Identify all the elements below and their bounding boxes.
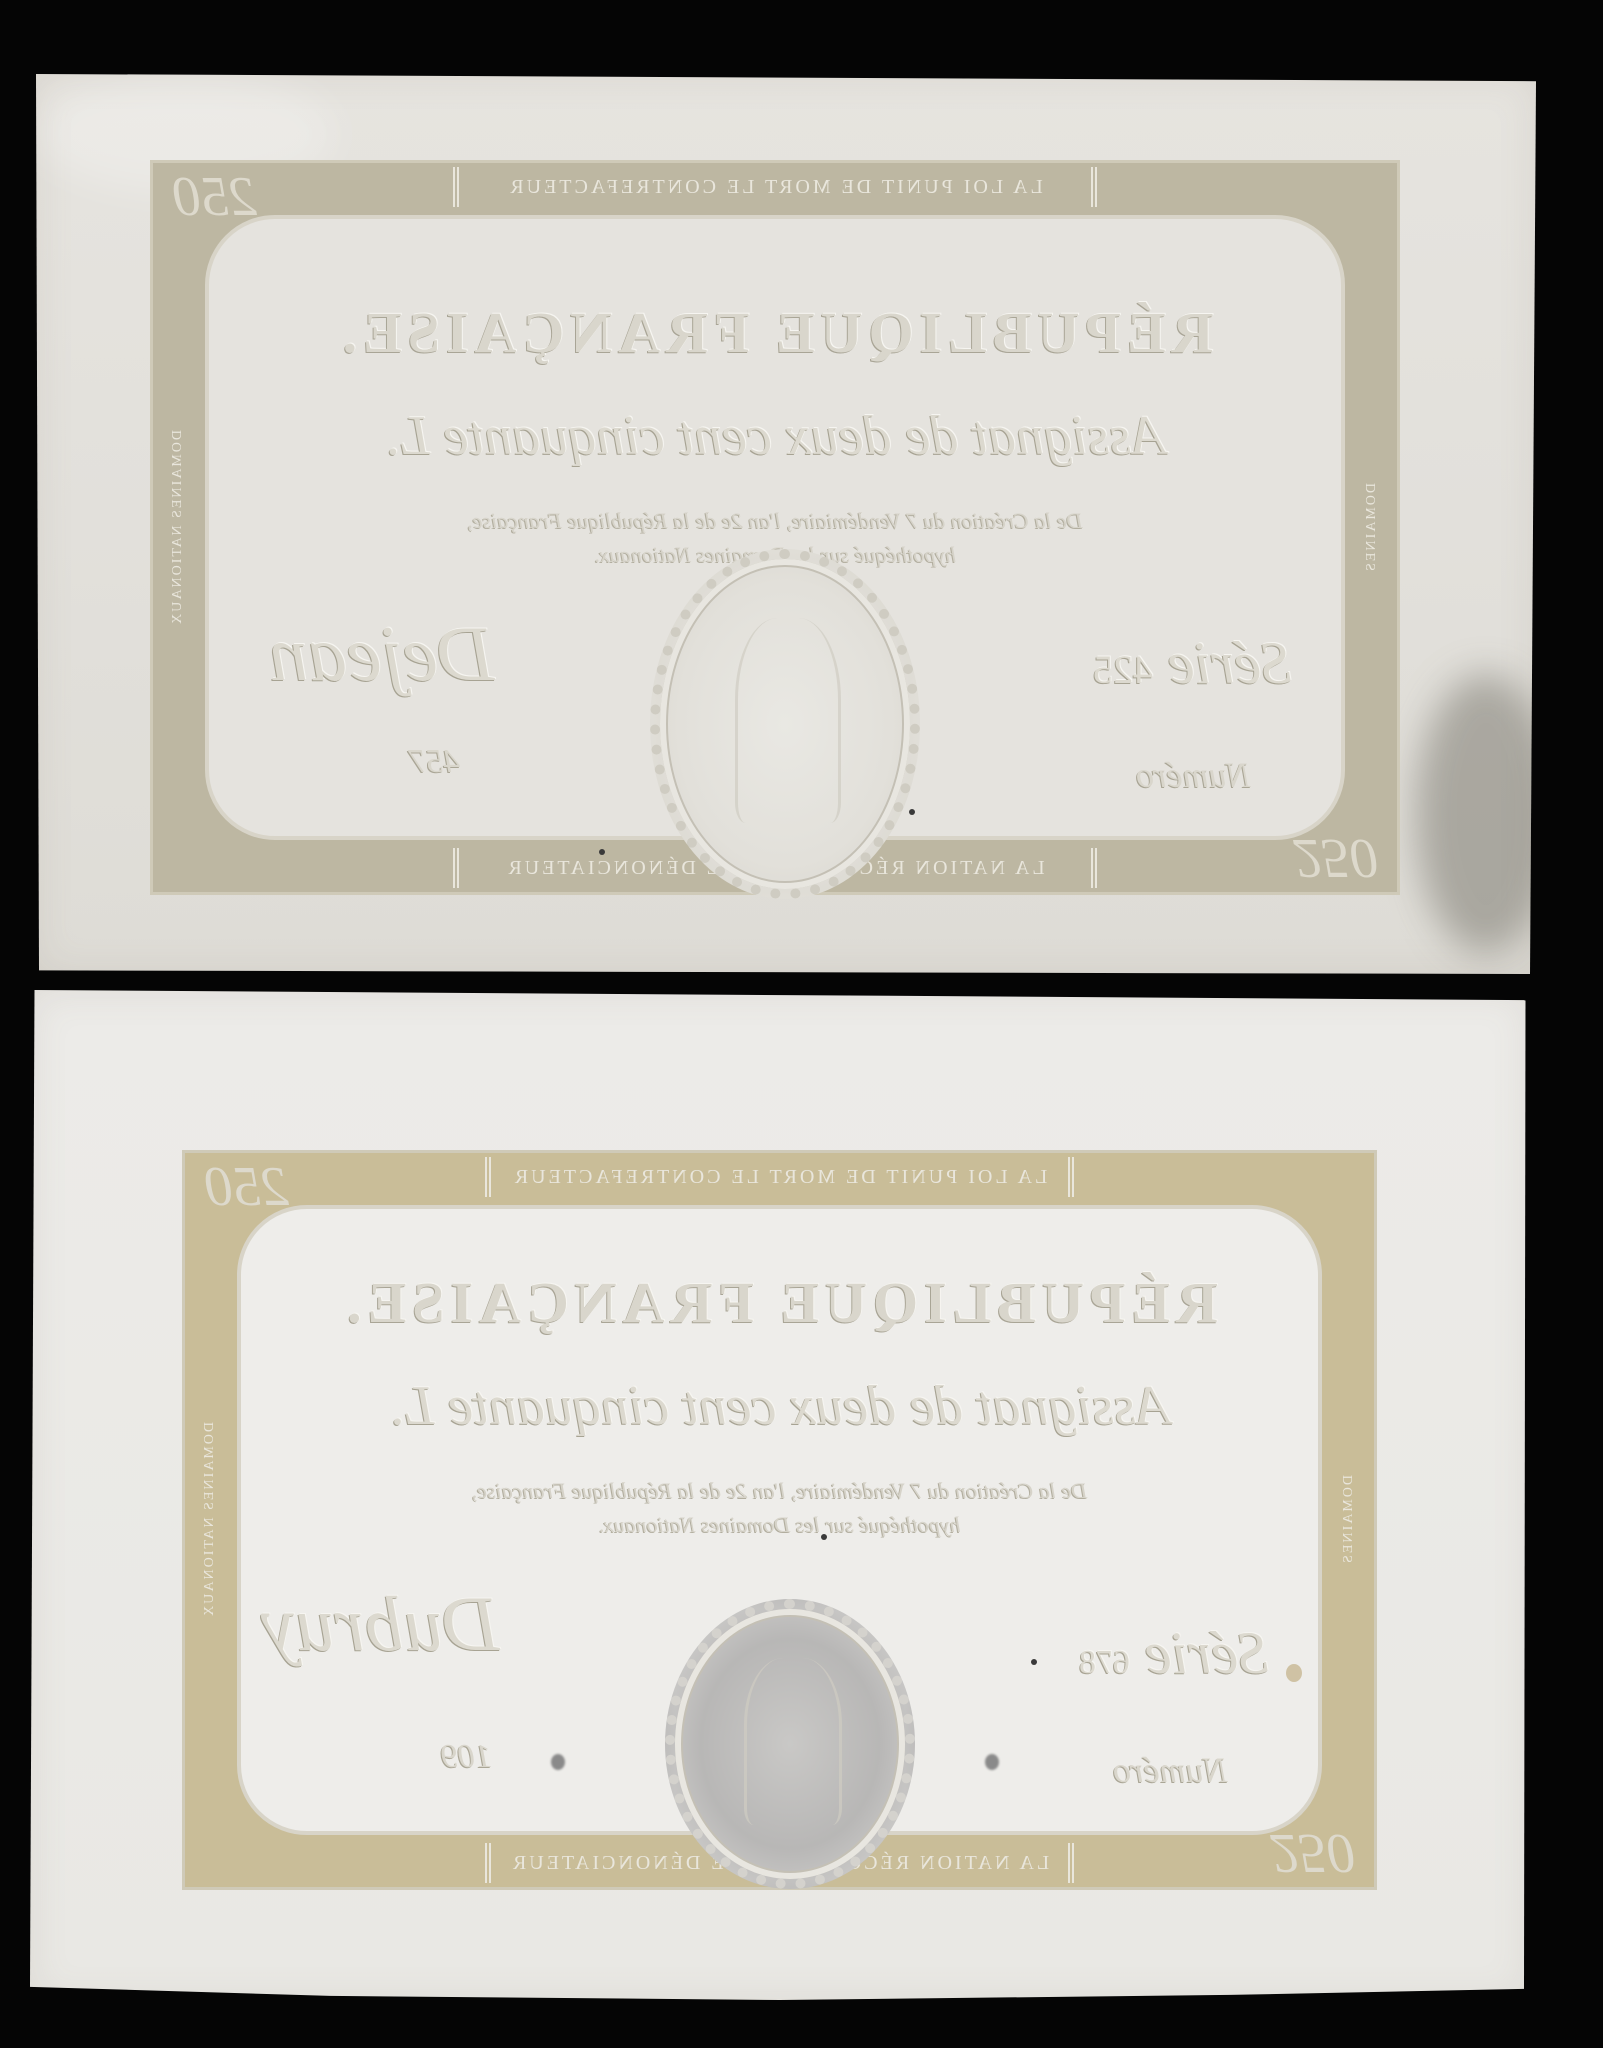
numero-value: 457 (409, 743, 460, 781)
border-right-text: DOMAINES (1355, 463, 1389, 592)
serie: Série 425 (1093, 629, 1291, 698)
signature: Dubruy (261, 1579, 499, 1669)
paper-stain (1286, 1664, 1302, 1682)
corner-value: 250 (1270, 1821, 1354, 1885)
border-top-text: LA LOI PUNIT DE MORT LE CONTREFACTEUR (485, 1157, 1074, 1197)
note-title: RÉPUBLIQUE FRANÇAISE. (241, 1269, 1318, 1336)
paper-speck (909, 809, 915, 815)
paper-stain (1416, 674, 1556, 954)
signature: Dejean (269, 609, 494, 699)
note-inner-panel: RÉPUBLIQUE FRANÇAISE. Assignat de deux c… (205, 215, 1345, 840)
seal-figure-icon (735, 618, 841, 823)
paper-speck (821, 1534, 827, 1540)
note-inner-panel: RÉPUBLIQUE FRANÇAISE. Assignat de deux c… (237, 1205, 1322, 1835)
border-right-text: DOMAINES (1332, 1453, 1366, 1587)
border-left-text: DOMAINES NATIONAUX (193, 1373, 227, 1667)
embossed-seal (665, 1599, 915, 1889)
numero-value: 109 (441, 1738, 492, 1776)
seal-figure-icon (744, 1658, 842, 1825)
corner-value: 250 (205, 1155, 289, 1219)
border-left-text: DOMAINES NATIONAUX (161, 383, 195, 672)
note-denomination: Assignat de deux cent cinquante L. (241, 1374, 1318, 1438)
paper-speck (599, 849, 605, 855)
assignat-top-frame: LA LOI PUNIT DE MORT LE CONTREFACTEUR LA… (150, 160, 1400, 895)
border-top-text: LA LOI PUNIT DE MORT LE CONTREFACTEUR (453, 167, 1097, 207)
corner-value: 250 (173, 165, 257, 229)
assignat-bottom-frame: LA LOI PUNIT DE MORT LE CONTREFACTEUR LA… (182, 1150, 1377, 1890)
note-decree: De la Création du 7 Vendémiaire, l'an 2e… (281, 1474, 1278, 1542)
corner-value: 250 (1293, 826, 1377, 890)
paper-speck (1031, 1659, 1037, 1665)
numero-label: Numéro (1136, 754, 1251, 796)
note-title: RÉPUBLIQUE FRANÇAISE. (209, 299, 1341, 366)
serie: Série 678 (1079, 1619, 1268, 1688)
numero-label: Numéro (1113, 1749, 1228, 1791)
embossed-seal (650, 549, 920, 899)
paper-spot (551, 1754, 565, 1770)
paper-spot (985, 1754, 999, 1770)
note-denomination: Assignat de deux cent cinquante L. (209, 404, 1341, 468)
